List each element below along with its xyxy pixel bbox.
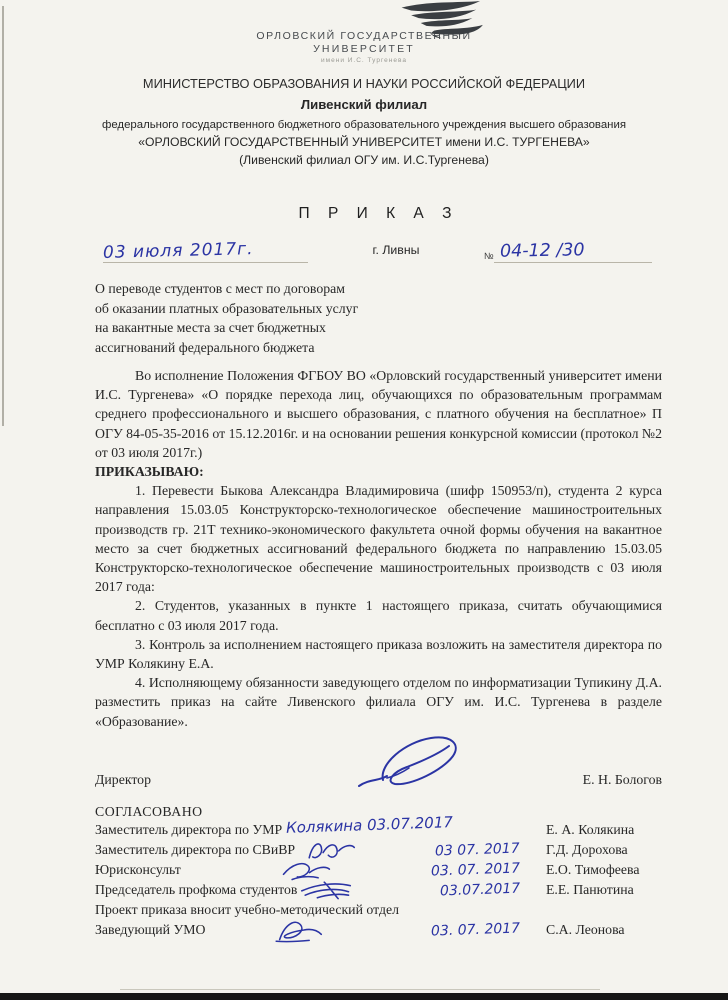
agreed-row-name: Е.Е. Панютина [546, 882, 662, 898]
number-underline [494, 262, 652, 263]
draft-note: Проект приказа вносит учебно-методически… [95, 900, 662, 920]
signature-scribble [265, 917, 329, 943]
order-item-1: 1. Перевести Быкова Александра Владимиро… [95, 481, 662, 596]
order-city: г. Ливны [308, 243, 484, 263]
order-date: 03 июля 2017г. [103, 241, 308, 263]
institution-line1: федерального государственного бюджетного… [0, 119, 728, 131]
agreed-row-umo: Заведующий УМО 03. 07. 2017 С.А. Леонова [95, 920, 662, 940]
agreed-row-label: Заместитель директора по УМР [95, 822, 282, 838]
order-number: № 04-12 /30 [484, 241, 652, 263]
director-label: Директор [95, 772, 151, 788]
agreed-row-label: Юрисконсульт [95, 862, 181, 878]
agreed-row-legal: Юрисконсульт 03. 07. 2017 Е.О. Тимофеева [95, 860, 662, 880]
institution-line2: «ОРЛОВСКИЙ ГОСУДАРСТВЕННЫЙ УНИВЕРСИТЕТ и… [0, 135, 728, 149]
agreed-row-union: Председатель профкома студентов 03.07.20… [95, 880, 662, 900]
scan-edge-bottom [0, 993, 728, 1000]
resolution-word: ПРИКАЗЫВАЮ: [95, 462, 662, 481]
agreed-row-label: Председатель профкома студентов [95, 882, 297, 898]
handwritten-number: 04-12 /30 [499, 240, 584, 261]
handwritten-date: 03. 07. 2017 [431, 920, 521, 939]
agreed-row-umr: Заместитель директора по УМР Колякина 03… [95, 820, 662, 840]
order-item-4: 4. Исполняющему обязанности заведующего … [95, 673, 662, 731]
handwritten-date: 03.07.2017 [440, 880, 521, 899]
agreed-row-name: С.А. Леонова [546, 922, 662, 938]
director-signature-scribble [353, 732, 465, 794]
agreed-row-name: Е. А. Колякина [546, 822, 662, 838]
order-body: Во исполнение Положения ФГБОУ ВО «Орловс… [95, 366, 662, 731]
logo-tagline: имени И.С. Тургенева [234, 57, 494, 64]
subject-line: О переводе студентов с мест по договорам [95, 279, 465, 299]
scan-shadow-line [120, 989, 600, 990]
agreed-row-signature-area: 03. 07. 2017 [181, 860, 546, 880]
subject-line: об оказании платных образовательных услу… [95, 299, 465, 319]
agreed-row-name: Е.О. Тимофеева [546, 862, 662, 878]
order-title: П Р И К А З [95, 205, 662, 223]
subject-line: ассигнований федерального бюджета [95, 338, 465, 358]
scanned-order-document: ОРЛОВСКИЙ ГОСУДАРСТВЕННЫЙ УНИВЕРСИТЕТ им… [0, 0, 728, 1000]
order-item-3: 3. Контроль за исполнением настоящего пр… [95, 635, 662, 673]
branch-line: Ливенский филиал [0, 97, 728, 112]
agreed-row-label: Заместитель директора по СВиВР [95, 842, 295, 858]
signature-scribble [297, 877, 355, 903]
subject-line: на вакантные места за счет бюджетных [95, 318, 465, 338]
order-item-2: 2. Студентов, указанных в пункте 1 насто… [95, 596, 662, 634]
agreed-row-signature-area: 03. 07. 2017 [205, 920, 546, 940]
ministry-line: МИНИСТЕРСТВО ОБРАЗОВАНИЯ И НАУКИ РОССИЙС… [0, 76, 728, 91]
logo-line2: УНИВЕРСИТЕТ [234, 43, 494, 56]
handwritten-date: 03. 07. 2017 [431, 860, 521, 879]
handwritten-date: 03 июля 2017г. [103, 239, 254, 263]
agreed-row-label: Заведующий УМО [95, 922, 205, 938]
agreed-row-svivr: Заместитель директора по СВиВР 03 07. 20… [95, 840, 662, 860]
number-sign: № [484, 251, 494, 263]
letterhead: МИНИСТЕРСТВО ОБРАЗОВАНИЯ И НАУКИ РОССИЙС… [0, 76, 728, 167]
preamble-paragraph: Во исполнение Положения ФГБОУ ВО «Орловс… [95, 366, 662, 462]
agreed-row-name: Г.Д. Дорохова [546, 842, 662, 858]
institution-line3: (Ливенский филиал ОГУ им. И.С.Тургенева) [0, 153, 728, 167]
university-logo-bird-icon [388, 0, 484, 44]
date-number-row: 03 июля 2017г. г. Ливны № 04-12 /30 [95, 225, 662, 263]
agreed-row-signature-area: 03.07.2017 [297, 880, 546, 900]
order-subject: О переводе студентов с мест по договорам… [95, 279, 465, 357]
director-name: Е. Н. Бологов [583, 772, 662, 788]
director-signature-row: Директор Е. Н. Бологов [95, 772, 662, 788]
university-logo: ОРЛОВСКИЙ ГОСУДАРСТВЕННЫЙ УНИВЕРСИТЕТ им… [234, 0, 494, 64]
handwritten-date: 03 07. 2017 [435, 840, 520, 859]
